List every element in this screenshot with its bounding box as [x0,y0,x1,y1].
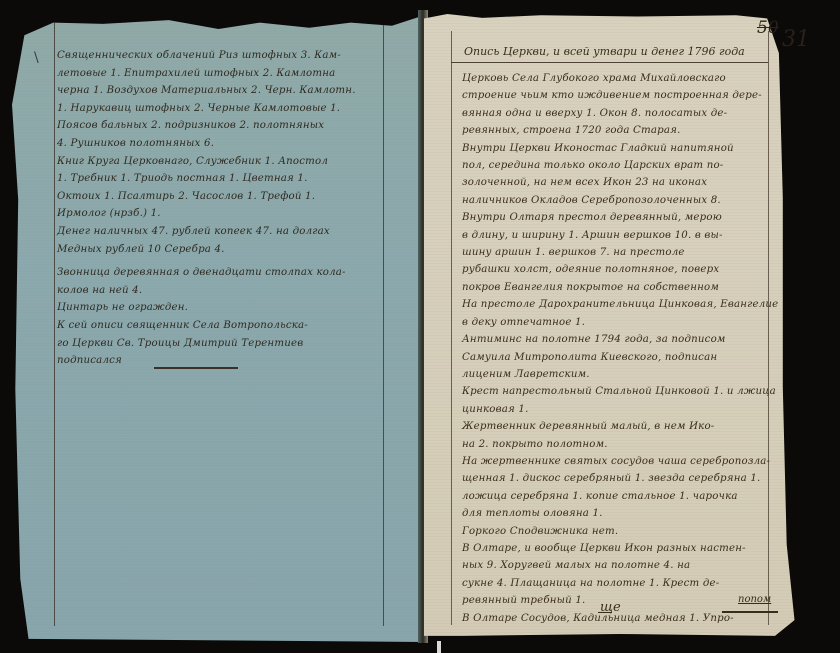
signature-rule [154,367,238,369]
left-line: Медных рублей 10 Серебра 4. [57,241,356,259]
left-line: Священнических облачений Риз штофных 3. … [57,47,356,65]
left-line: колов на ней 4. [57,282,356,300]
right-line: в длину, и ширину 1. Аршин вершков 10. в… [462,227,778,244]
left-line: Ирмолог (нрзб.) 1. [57,205,356,223]
right-line: золоченной, на нем всех Икон 23 на икона… [462,174,778,191]
left-line: К сей описи священник Села Вотропольска- [57,317,356,335]
right-line: пол, середина только около Царских врат … [462,157,778,174]
folio-number: 31 [782,27,810,52]
manuscript-spread: \ Священнических облачений Риз штофных 3… [0,0,840,653]
old-folio-number: 50 [757,18,779,38]
left-page-text: Священнических облачений Риз штофных 3. … [57,47,356,370]
right-line: На жертвеннике святых сосудов чаша сереб… [462,453,778,470]
left-line: черна 1. Воздухов Материальных 2. Черн. … [57,82,356,100]
end-rule [722,611,778,613]
right-line: сукне 4. Плащаница на полотне 1. Крест д… [462,575,778,592]
right-line: для теплоты оловяна 1. [462,505,778,522]
left-line: Поясов бальных 2. подризников 2. полотня… [57,117,356,135]
right-line: лиценим Лавретским. [462,366,778,383]
left-line: 1. Требник 1. Триодь постная 1. Цветная … [57,170,356,188]
right-line: На престоле Дарохранительница Цинковая, … [462,296,778,313]
right-page-header-rule [451,62,768,63]
right-line: Самуила Митрополита Киевского, подписан [462,349,778,366]
right-line: щенная 1. дискос серебряный 1. звезда се… [462,470,778,487]
right-line: Внутри Церкви Иконостас Гладкий напитяно… [462,140,778,157]
right-line: Внутри Олтаря престол деревянный, мерою [462,209,778,226]
right-line: ревянных, строена 1720 года Старая. [462,122,778,139]
right-page-text: Церковь Села Глубокого храма Михайловска… [462,70,778,627]
right-page-header: Опись Церкви, и всей утвари и денег 1796… [464,45,745,58]
right-line: в деку отпечатное 1. [462,314,778,331]
right-line: рубашки холст, одеяние полотняное, повер… [462,261,778,278]
left-page-margin-line-right [383,22,384,626]
left-line: Звонница деревянная о двенадцати столпах… [57,264,356,282]
right-line: Горкого Сподвижника нет. [462,523,778,540]
right-line: вянная одна и вверху 1. Окон 8. полосаты… [462,105,778,122]
right-line: наличников Окладов Серебропозолоченных 8… [462,192,778,209]
right-line: Жертвенник деревянный малый, в нем Ико- [462,418,778,435]
left-line: Цинтарь не огражден. [57,299,356,317]
right-line: строение чьим кто иждивением построенная… [462,87,778,104]
binding-strip [437,641,441,653]
right-line: ложица серебряна 1. копие стальное 1. ча… [462,488,778,505]
left-line: 4. Рушников полотняных 6. [57,135,356,153]
right-line: Антиминс на полотне 1794 года, за подпис… [462,331,778,348]
left-line: го Церкви Св. Троицы Дмитрий Терентиев [57,335,356,353]
end-word: попом [738,594,771,605]
left-line: летовые 1. Епитрахилей штофных 2. Камлот… [57,65,356,83]
left-line: Октоих 1. Псалтирь 2. Часослов 1. Трефой… [57,188,356,206]
left-page-margin-line-left [54,22,55,626]
right-page-margin-line-left [451,31,452,625]
right-line: на 2. покрыто полотном. [462,436,778,453]
left-page-corner-mark: \ [34,50,39,66]
right-line: Крест напрестольный Стальной Цинковой 1.… [462,383,778,400]
right-line: покров Евангелия покрытое на собственном [462,279,778,296]
right-line: цинковая 1. [462,401,778,418]
right-line: шину аршин 1. вершков 7. на престоле [462,244,778,261]
right-line: Церковь Села Глубокого храма Михайловска… [462,70,778,87]
catchword-rule [598,612,612,613]
right-line: В Олтаре, и вообще Церкви Икон разных на… [462,540,778,557]
left-line: Денег наличных 47. рублей копеек 47. на … [57,223,356,241]
right-line: ных 9. Хоругвей малых на полотне 4. на [462,557,778,574]
left-line: Книг Круга Церковнаго, Служебник 1. Апос… [57,153,356,171]
left-line: 1. Нарукавиц штофных 2. Черные Камлотовы… [57,100,356,118]
